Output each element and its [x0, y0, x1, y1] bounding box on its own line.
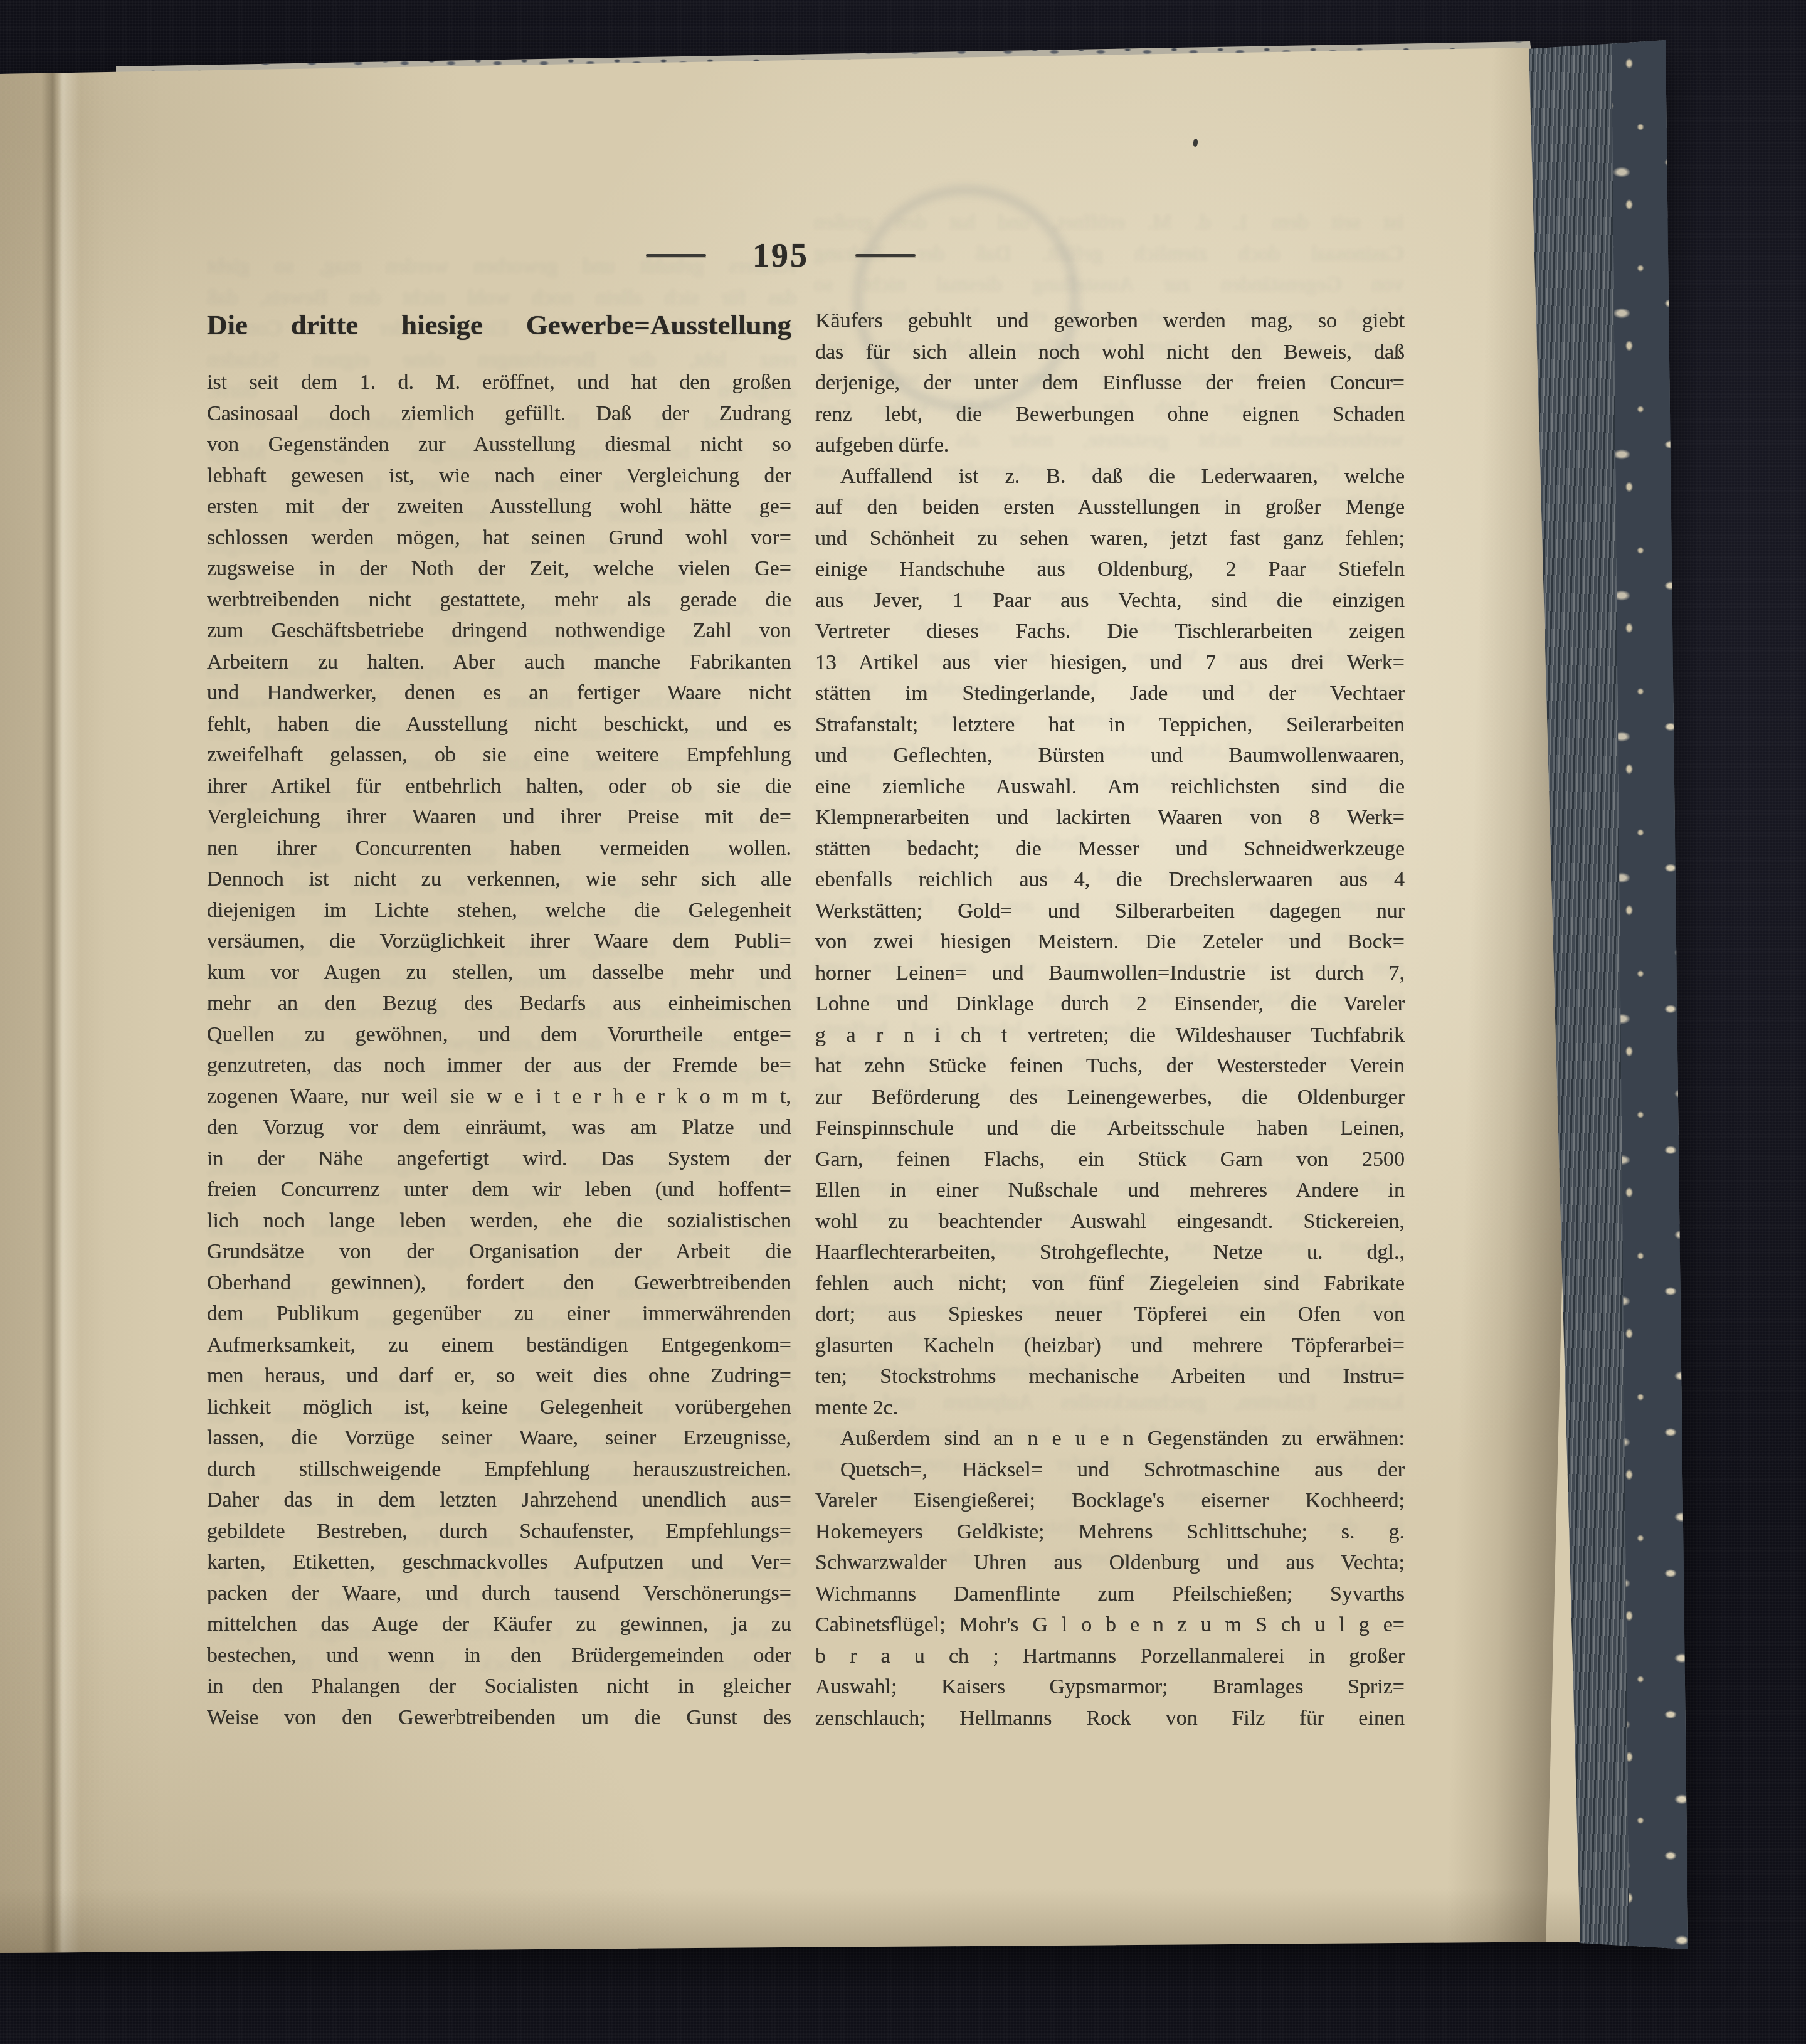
text-line: genzutreten, das noch immer der aus der … — [207, 1050, 791, 1081]
text-line: und Handwerker, denen es an fertiger Waa… — [207, 677, 791, 709]
text-line: derjenige, der unter dem Einflusse der f… — [815, 368, 1405, 399]
open-book: Käufers gebuhlt und geworben werden mag,… — [0, 0, 1806, 2044]
text-line: mittelchen das Auge der Käufer zu gewinn… — [207, 1609, 791, 1640]
text-line: von zwei hiesigen Meistern. Die Zeteler … — [815, 926, 1405, 958]
text-line: horner Leinen= und Baumwollen=Industrie … — [815, 958, 1405, 989]
text-line: den Vorzug vor dem einräumt, was am Plat… — [207, 1112, 791, 1143]
text-line: in den Phalangen der Socialisten nicht i… — [207, 1671, 791, 1702]
text-line: packen der Waare, und durch tausend Vers… — [207, 1578, 791, 1609]
text-line: Ellen in einer Nußschale und mehreres An… — [815, 1175, 1405, 1206]
text-line: und Geflechten, Bürsten und Baumwollenwa… — [815, 740, 1405, 771]
text-line: Werkstätten; Gold= und Silberarbeiten da… — [815, 896, 1405, 927]
text-line: Grundsätze von der Organisation der Arbe… — [207, 1236, 791, 1268]
text-line: zum Geschäftsbetriebe dringend nothwendi… — [207, 615, 791, 647]
text-line: Vareler Eisengießerei; Bocklage's eisern… — [815, 1485, 1405, 1517]
text-line: karten, Etiketten, geschmackvolles Aufpu… — [207, 1547, 791, 1578]
text-line: stätten im Stedingerlande, Jade und der … — [815, 678, 1405, 709]
text-line: Weise von den Gewerbtreibenden um die Gu… — [207, 1702, 791, 1734]
scanned-book-photo: Käufers gebuhlt und geworben werden mag,… — [0, 0, 1806, 2044]
text-line: diejenigen im Lichte stehen, welche die … — [207, 895, 791, 926]
text-line: aufgeben dürfe. — [815, 430, 1405, 461]
text-line: ist seit dem 1. d. M. eröffnet, und hat … — [207, 367, 791, 398]
text-line: dort; aus Spieskes neuer Töpferei ein Of… — [815, 1299, 1405, 1330]
text-line: freien Concurrenz unter dem wir leben (u… — [207, 1174, 791, 1205]
text-line: mente 2c. — [815, 1392, 1405, 1424]
text-line: Außerdem sind an n e u e n Gegenständen … — [815, 1423, 1405, 1454]
text-line: ten; Stockstrohms mechanische Arbeiten u… — [815, 1361, 1405, 1392]
text-line: zogenen Waare, nur weil sie w e i t e r … — [207, 1081, 791, 1113]
text-line: in der Nähe angefertigt wird. Das System… — [207, 1143, 791, 1175]
text-line: ebenfalls reichlich aus 4, die Drechsler… — [815, 864, 1405, 896]
text-line: lich noch lange leben werden, ehe die so… — [207, 1205, 791, 1237]
text-line: Auswahl; Kaisers Gypsmarmor; Bramlages S… — [815, 1671, 1405, 1703]
text-line: fehlen auch nicht; von fünf Ziegeleien s… — [815, 1268, 1405, 1300]
text-line: zenschlauch; Hellmanns Rock von Filz für… — [815, 1703, 1405, 1734]
text-line: und Schönheit zu sehen waren, jetzt fast… — [815, 523, 1405, 554]
text-line: zugsweise in der Noth der Zeit, welche v… — [207, 553, 791, 585]
text-line: b r a u ch ; Hartmanns Porzellanmalerei … — [815, 1641, 1405, 1672]
gutter-fold-shadow — [0, 0, 107, 2044]
book-page: Käufers gebuhlt und geworben werden mag,… — [0, 0, 1806, 2044]
text-line: Arbeitern zu halten. Aber auch manche Fa… — [207, 647, 791, 678]
text-line: stätten bedacht; die Messer und Schneidw… — [815, 834, 1405, 865]
text-line: Strafanstalt; letztere hat in Teppichen,… — [815, 709, 1405, 741]
text-line: Cabinetsflügel; Mohr's G l o b e n z u m… — [815, 1609, 1405, 1641]
text-line: g a r n i ch t vertreten; die Wildeshaus… — [815, 1020, 1405, 1051]
text-line: durch stillschweigende Empfehlung heraus… — [207, 1454, 791, 1485]
text-line: aus Jever, 1 Paar aus Vechta, sind die e… — [815, 585, 1405, 617]
text-line: 13 Artikel aus vier hiesigen, und 7 aus … — [815, 647, 1405, 679]
text-line: eine ziemliche Auswahl. Am reichlichsten… — [815, 771, 1405, 803]
text-line: versäumen, die Vorzüglichkeit ihrer Waar… — [207, 926, 791, 957]
text-line: zur Beförderung des Leinengewerbes, die … — [815, 1082, 1405, 1113]
ink-speck — [1193, 139, 1198, 147]
text-line: wohl zu beachtender Auswahl eingesandt. … — [815, 1206, 1405, 1237]
text-line: Garn, feinen Flachs, ein Stück Garn von … — [815, 1144, 1405, 1175]
text-line: Aufmerksamkeit, zu einem beständigen Ent… — [207, 1330, 791, 1361]
text-line: lichkeit möglich ist, keine Gelegenheit … — [207, 1392, 791, 1423]
text-line: Käufers gebuhlt und geworben werden mag,… — [815, 305, 1405, 337]
text-line: Feinspinnschule und die Arbeitsschule ha… — [815, 1113, 1405, 1144]
text-line: einige Handschuhe aus Oldenburg, 2 Paar … — [815, 554, 1405, 585]
article-heading: Die dritte hiesige Gewerbe=Ausstellung — [207, 309, 791, 341]
text-line: werbtreibenden nicht gestattete, mehr al… — [207, 585, 791, 616]
text-line: hat zehn Stücke feinen Tuchs, der Wester… — [815, 1051, 1405, 1082]
text-line: dem Publikum gegenüber zu einer immerwäh… — [207, 1298, 791, 1330]
page-number-rule-right — [855, 254, 916, 257]
text-line: Vergleichung ihrer Waaren und ihrer Prei… — [207, 802, 791, 833]
text-line: auf den beiden ersten Ausstellungen in g… — [815, 492, 1405, 523]
text-line: gebildete Bestreben, durch Schaufenster,… — [207, 1516, 791, 1547]
text-line: Daher das in dem letzten Jahrzehend unen… — [207, 1485, 791, 1516]
page-bottom-shadow — [0, 1888, 1593, 1957]
text-line: zweifelhaft gelassen, ob sie eine weiter… — [207, 739, 791, 771]
text-line: Hokemeyers Geldkiste; Mehrens Schlittsch… — [815, 1517, 1405, 1548]
page-number-rule-left — [646, 254, 706, 257]
text-line: Vertreter dieses Fachs. Die Tischlerarbe… — [815, 616, 1405, 647]
text-line: lassen, die Vorzüge seiner Waare, seiner… — [207, 1422, 791, 1454]
text-line: Auffallend ist z. B. daß die Lederwaaren… — [815, 461, 1405, 492]
text-line: bestechen, und wenn in den Brüdergemeind… — [207, 1640, 791, 1671]
text-column-left: ist seit dem 1. d. M. eröffnet, und hat … — [207, 367, 791, 1733]
text-line: men heraus, und darf er, so weit dies oh… — [207, 1360, 791, 1392]
text-line: Wichmanns Damenflinte zum Pfeilschießen;… — [815, 1579, 1405, 1610]
page-number: 195 — [752, 236, 809, 275]
text-line: Klempnerarbeiten und lackirten Waaren vo… — [815, 802, 1405, 834]
text-line: Dennoch ist nicht zu verkennen, wie sehr… — [207, 864, 791, 895]
text-line: von Gegenständen zur Ausstellung diesmal… — [207, 429, 791, 460]
text-line: renz lebt, die Bewerbungen ohne eignen S… — [815, 399, 1405, 430]
text-line: ihrer Artikel für entbehrlich halten, od… — [207, 771, 791, 802]
page-header: 195 — [627, 233, 934, 277]
text-line: glasurten Kacheln (heizbar) und mehrere … — [815, 1330, 1405, 1362]
text-line: das für sich allein noch wohl nicht den … — [815, 337, 1405, 368]
text-line: Schwarzwalder Uhren aus Oldenburg und au… — [815, 1547, 1405, 1579]
text-line: Haarflechterarbeiten, Strohgeflechte, Ne… — [815, 1237, 1405, 1268]
text-line: Lohne und Dinklage durch 2 Einsender, di… — [815, 988, 1405, 1020]
text-line: Casinosaal doch ziemlich gefüllt. Daß de… — [207, 398, 791, 430]
text-line: mehr an den Bezug des Bedarfs aus einhei… — [207, 988, 791, 1019]
text-line: Quetsch=, Häcksel= und Schrotmaschine au… — [815, 1454, 1405, 1486]
text-line: lebhaft gewesen ist, wie nach einer Verg… — [207, 460, 791, 492]
text-line: ersten mit der zweiten Ausstellung wohl … — [207, 491, 791, 522]
text-line: fehlt, haben die Ausstellung nicht besch… — [207, 709, 791, 740]
text-line: kum vor Augen zu stellen, um dasselbe me… — [207, 957, 791, 988]
text-line: Oberhand gewinnen), fordert den Gewerbtr… — [207, 1268, 791, 1299]
text-line: nen ihrer Concurrenten haben vermeiden w… — [207, 833, 791, 864]
text-column-right: Käufers gebuhlt und geworben werden mag,… — [815, 305, 1405, 1734]
text-line: Quellen zu gewöhnen, und dem Vorurtheile… — [207, 1019, 791, 1051]
text-line: schlossen werden mögen, hat seinen Grund… — [207, 522, 791, 554]
